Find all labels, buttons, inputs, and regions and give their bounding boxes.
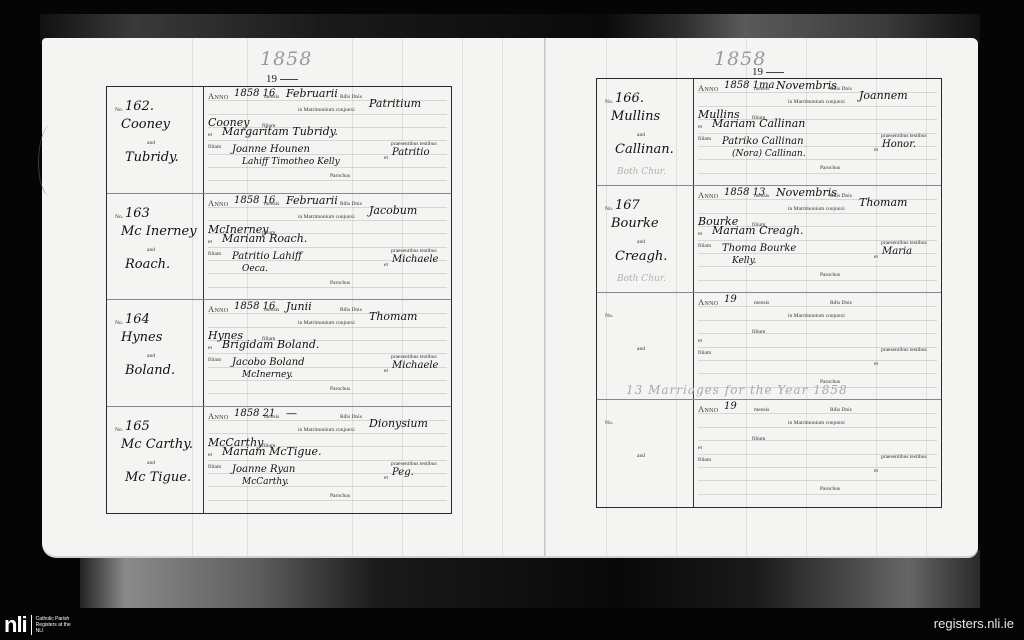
- register-entry: No. 167 Bourke and Creagh. Both Chur. An…: [597, 186, 941, 293]
- no-label: No.: [605, 420, 613, 426]
- register-entry: No. 162. Cooney and Tubridy. Anno 1858 1…: [107, 87, 451, 194]
- register-entry: No. and Anno 19 mensis Rđis Dnis in Matr…: [597, 400, 941, 507]
- bride-full-name: Mariam Callinan: [712, 117, 805, 130]
- and-label: and: [637, 132, 645, 138]
- nli-logo[interactable]: nli Catholic Parish Registers at the NLI: [4, 614, 76, 636]
- conjunxi-label: in Matrimonium conjunxi: [298, 214, 355, 220]
- witness-2: Kelly.: [732, 256, 756, 266]
- groom-first-name: Thomam: [369, 310, 417, 323]
- filiam-label: filiam: [698, 243, 711, 249]
- marriage-month: Junii: [286, 300, 312, 313]
- et-label: et: [208, 452, 212, 458]
- bride-surname: Callinan.: [615, 142, 674, 157]
- groom-surname: Bourke: [611, 216, 659, 231]
- entry-number: 165: [125, 419, 150, 434]
- et-label: et: [208, 132, 212, 138]
- mensis-label: mensis: [754, 86, 769, 92]
- entry-names-column: No. 163 Mc Inerney and Roach.: [107, 194, 204, 301]
- entry-number: 163: [125, 206, 150, 221]
- anno-label: Anno: [208, 304, 228, 314]
- conjunxi-label: in Matrimonium conjunxi: [788, 206, 845, 212]
- no-label: No.: [115, 214, 123, 220]
- register-entry: No. 164 Hynes and Boland. Anno 1858 16 m…: [107, 300, 451, 407]
- witness-2: McCarthy.: [242, 477, 289, 487]
- marriage-month: Novembris: [776, 79, 837, 92]
- nli-logo-mark: nli: [4, 614, 27, 636]
- witness-female: Patritio: [392, 147, 429, 158]
- witness-1: Thoma Bourke: [722, 243, 796, 254]
- left-page: 1858 19 No. 162. Cooney and Tubridy. Ann…: [42, 38, 544, 556]
- anno-label: Anno: [698, 297, 718, 307]
- no-label: No.: [115, 107, 123, 113]
- groom-first-name: Patritium: [369, 97, 421, 110]
- conjunxi-label: in Matrimonium conjunxi: [298, 320, 355, 326]
- conjunxi-label: in Matrimonium conjunxi: [788, 313, 845, 319]
- witness-female: Michaele: [392, 360, 438, 371]
- et-label-2: et: [874, 361, 878, 367]
- mensis-label: mensis: [754, 193, 769, 199]
- parochus-label: Parochus: [330, 386, 350, 392]
- et-label-2: et: [384, 475, 388, 481]
- mensis-label: mensis: [264, 94, 279, 100]
- et-label-2: et: [384, 155, 388, 161]
- entry-names-column: No. 166. Mullins and Callinan. Both Chur…: [597, 79, 694, 186]
- witness-2: Lahiff Timotheo Kelly: [242, 157, 340, 167]
- rs-dom-label: Rđis Dnis: [340, 414, 362, 420]
- entry-details-column: Anno 1858 16 mensis Februarii Rđis Dnis …: [204, 194, 451, 301]
- mensis-label: mensis: [264, 201, 279, 207]
- bride-surname: Roach.: [125, 257, 170, 272]
- marriage-date: 19: [724, 401, 737, 412]
- parochus-label: Parochus: [820, 486, 840, 492]
- filiam-label: filiam: [698, 457, 711, 463]
- anno-label: Anno: [698, 404, 718, 414]
- entry-details-column: Anno 1858 1ma mensis Novembris Rđis Dnis…: [694, 79, 941, 186]
- anno-label: Anno: [208, 91, 228, 101]
- bride-surname: Mc Tigue.: [125, 470, 191, 485]
- entry-number: 164: [125, 312, 150, 327]
- filium-label: filium: [752, 436, 765, 442]
- witness-female: Maria: [882, 246, 912, 257]
- witness-2: Oeca.: [242, 264, 268, 274]
- filiam-label: filiam: [208, 357, 221, 363]
- and-label: and: [147, 247, 155, 253]
- margin-bracket-mark: [38, 122, 62, 197]
- et-label-2: et: [874, 468, 878, 474]
- anno-label: Anno: [698, 190, 718, 200]
- witnesses-label: praesentibus testibus: [881, 454, 927, 460]
- marriage-register-table: No. 162. Cooney and Tubridy. Anno 1858 1…: [106, 86, 452, 514]
- groom-surname: Mullins: [611, 109, 660, 124]
- et-label: et: [698, 338, 702, 344]
- witness-2: McInerney.: [242, 370, 293, 380]
- filiam-label: filiam: [698, 136, 711, 142]
- bride-surname: Boland.: [125, 363, 175, 378]
- register-image-viewer: 1858 19 No. 162. Cooney and Tubridy. Ann…: [0, 0, 1024, 640]
- rs-dom-label: Rđis Dnis: [830, 407, 852, 413]
- groom-first-name: Jacobum: [369, 204, 417, 217]
- marriage-month: —: [286, 407, 297, 420]
- entry-details-column: Anno 1858 13 mensis Novembris Rđis Dnis …: [694, 186, 941, 293]
- site-url-link[interactable]: registers.nli.ie: [934, 616, 1014, 631]
- witness-female: Honor.: [882, 139, 916, 150]
- et-label: et: [698, 231, 702, 237]
- entry-names-column: No. 164 Hynes and Boland.: [107, 300, 204, 407]
- and-label: and: [147, 353, 155, 359]
- entry-names-column: No. 165 Mc Carthy. and Mc Tigue.: [107, 407, 204, 514]
- marriage-month: Februarii: [286, 87, 338, 100]
- pencil-note: Both Chur.: [617, 167, 666, 177]
- witness-2: (Nora) Callinan.: [732, 149, 806, 159]
- filiam-label: filiam: [208, 464, 221, 470]
- nli-logo-text: Catholic Parish Registers at the NLI: [36, 616, 76, 634]
- bride-full-name: Margaritam Tubridy.: [222, 125, 338, 138]
- rs-dom-label: Rđis Dnis: [830, 300, 852, 306]
- and-label: and: [637, 453, 645, 459]
- and-label: and: [637, 239, 645, 245]
- book-cover-bottom: [80, 550, 980, 608]
- groom-surname: Cooney: [121, 117, 170, 132]
- mensis-label: mensis: [264, 414, 279, 420]
- page-ruling: [462, 38, 463, 556]
- groom-first-name: Joannem: [859, 89, 908, 102]
- no-label: No.: [115, 427, 123, 433]
- bride-full-name: Mariam Roach.: [222, 232, 307, 245]
- filium-label: filium: [752, 329, 765, 335]
- witnesses-label: praesentibus testibus: [881, 347, 927, 353]
- parochus-label: Parochus: [820, 165, 840, 171]
- witness-1: Joanne Ryan: [232, 464, 295, 475]
- conjunxi-label: in Matrimonium conjunxi: [298, 427, 355, 433]
- rs-dom-label: Rđis Dnis: [830, 86, 852, 92]
- witness-1: Jacobo Boland: [232, 357, 305, 368]
- right-page: 1858 19 No. 166. Mullins and Callinan. B…: [546, 38, 978, 556]
- entry-names-column: No. 167 Bourke and Creagh. Both Chur.: [597, 186, 694, 293]
- register-entry: No. 163 Mc Inerney and Roach. Anno 1858 …: [107, 194, 451, 301]
- parochus-label: Parochus: [820, 272, 840, 278]
- marriage-month: Novembris: [776, 186, 837, 199]
- page-ruling: [502, 38, 503, 556]
- summary-pencil-note: 13 Marriages for the Year 1858: [626, 383, 848, 397]
- groom-surname: Mc Inerney: [121, 224, 197, 239]
- groom-surname: Mc Carthy.: [121, 437, 193, 452]
- rs-dom-label: Rđis Dnis: [340, 94, 362, 100]
- printed-year: 19: [266, 73, 298, 85]
- and-label: and: [637, 346, 645, 352]
- bride-surname: Creagh.: [615, 249, 667, 264]
- entry-names-column: No. 162. Cooney and Tubridy.: [107, 87, 204, 194]
- no-label: No.: [605, 99, 613, 105]
- marriage-month: Februarii: [286, 194, 338, 207]
- anno-label: Anno: [208, 198, 228, 208]
- mensis-label: mensis: [264, 307, 279, 313]
- and-label: and: [147, 460, 155, 466]
- marriage-date: 19: [724, 294, 737, 305]
- et-label-2: et: [874, 147, 878, 153]
- no-label: No.: [115, 320, 123, 326]
- witness-1: Patritio Lahiff: [232, 251, 302, 262]
- anno-label: Anno: [698, 83, 718, 93]
- et-label: et: [698, 124, 702, 130]
- entry-details-column: Anno 19 mensis Rđis Dnis in Matrimonium …: [694, 400, 941, 507]
- anno-label: Anno: [208, 411, 228, 421]
- rs-dom-label: Rđis Dnis: [340, 201, 362, 207]
- rs-dom-label: Rđis Dnis: [830, 193, 852, 199]
- et-label: et: [208, 239, 212, 245]
- entry-number: 166.: [615, 91, 644, 106]
- no-label: No.: [605, 313, 613, 319]
- groom-first-name: Dionysium: [369, 417, 428, 430]
- logo-divider: [31, 615, 32, 635]
- entry-details-column: Anno 1858 21 mensis — Rđis Dnis in Matri…: [204, 407, 451, 514]
- conjunxi-label: in Matrimonium conjunxi: [298, 107, 355, 113]
- et-label: et: [208, 345, 212, 351]
- et-label: et: [698, 445, 702, 451]
- witness-female: Michaele: [392, 254, 438, 265]
- mensis-label: mensis: [754, 300, 769, 306]
- mensis-label: mensis: [754, 407, 769, 413]
- groom-surname: Hynes: [121, 330, 162, 345]
- conjunxi-label: in Matrimonium conjunxi: [788, 99, 845, 105]
- pencil-note: Both Chur.: [617, 274, 666, 284]
- entry-number: 167: [615, 198, 640, 213]
- et-label-2: et: [874, 254, 878, 260]
- entry-names-column: No. and: [597, 400, 694, 507]
- entry-details-column: Anno 1858 16 mensis Junii Rđis Dnis in M…: [204, 300, 451, 407]
- parochus-label: Parochus: [330, 493, 350, 499]
- entry-number: 162.: [125, 99, 154, 114]
- no-label: No.: [605, 206, 613, 212]
- filiam-label: filiam: [208, 251, 221, 257]
- et-label-2: et: [384, 368, 388, 374]
- conjunxi-label: in Matrimonium conjunxi: [788, 420, 845, 426]
- et-label-2: et: [384, 262, 388, 268]
- bride-full-name: Mariam McTigue.: [222, 445, 322, 458]
- printed-year: 19: [752, 66, 784, 78]
- witness-1: Joanne Hounen: [232, 144, 310, 155]
- and-label: and: [147, 140, 155, 146]
- witness-1: Patriko Callinan: [722, 136, 804, 147]
- parochus-label: Parochus: [330, 280, 350, 286]
- filiam-label: filiam: [208, 144, 221, 150]
- rs-dom-label: Rđis Dnis: [340, 307, 362, 313]
- entry-details-column: Anno 1858 16 mensis Februarii Rđis Dnis …: [204, 87, 451, 194]
- bride-full-name: Mariam Creagh.: [712, 224, 803, 237]
- bride-full-name: Brigidam Boland.: [222, 338, 319, 351]
- parochus-label: Parochus: [330, 173, 350, 179]
- marriage-register-table: No. 166. Mullins and Callinan. Both Chur…: [596, 78, 942, 508]
- bride-surname: Tubridy.: [125, 150, 179, 165]
- groom-first-name: Thomam: [859, 196, 907, 209]
- register-book: 1858 19 No. 162. Cooney and Tubridy. Ann…: [42, 38, 978, 556]
- filiam-label: filiam: [698, 350, 711, 356]
- register-entry: No. 166. Mullins and Callinan. Both Chur…: [597, 79, 941, 186]
- pencil-year: 1858: [260, 48, 312, 70]
- witness-female: Peg.: [392, 467, 414, 478]
- register-entry: No. 165 Mc Carthy. and Mc Tigue. Anno 18…: [107, 407, 451, 514]
